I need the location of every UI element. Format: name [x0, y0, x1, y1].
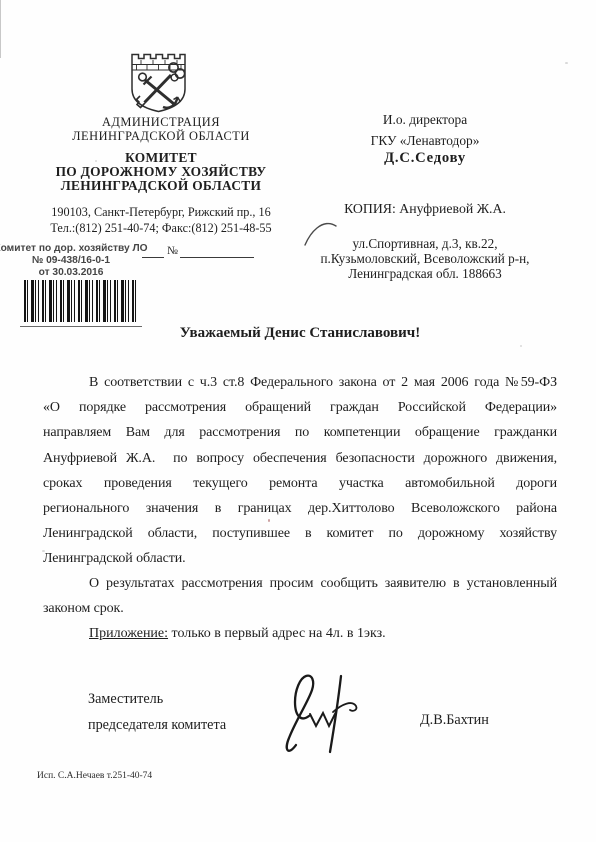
body-line: Ануфриевой Ж.А. по вопросу обеспечения б…: [43, 446, 557, 471]
copy-recipient: КОПИЯ: Ануфриевой Ж.А.: [297, 201, 553, 217]
scan-speck: [42, 550, 45, 552]
body-paragraph-2: О результатах рассмотрения просим сообщи…: [43, 571, 557, 621]
body-line: сроках проведения текущего ремонта участ…: [43, 471, 557, 496]
scan-speck: [520, 345, 522, 347]
coat-of-arms-icon: [130, 53, 187, 113]
org-name: АДМИНИСТРАЦИЯ ЛЕНИНГРАДСКОЙ ОБЛАСТИ: [28, 116, 294, 143]
body-line: В соответствии с ч.3 ст.8 Федерального з…: [43, 370, 557, 395]
recipient-name: Д.С.Седову: [297, 150, 553, 167]
stamp-date: от 30.03.2016: [0, 267, 150, 279]
org-phone-fax: Тел.:(812) 251-40-74; Факс:(812) 251-48-…: [28, 221, 294, 237]
ref-number-blank-line: [180, 257, 254, 258]
recipient-position: И.о. директора: [297, 109, 553, 130]
scan-speck: [565, 62, 568, 64]
committee-name: КОМИТЕТ ПО ДОРОЖНОМУ ХОЗЯЙСТВУ ЛЕНИНГРАД…: [28, 151, 294, 192]
body-line: законом срок.: [43, 596, 557, 621]
signature-icon: [270, 655, 390, 760]
copy-address-line2: п.Кузьмоловский, Всеволожский р-н,: [297, 251, 553, 266]
copy-address-line1: ул.Спортивная, д.3, кв.22,: [297, 236, 553, 251]
committee-line1: КОМИТЕТ: [28, 151, 294, 165]
stamp-org: Комитет по дор. хозяйству ЛО: [0, 243, 150, 255]
signer-position-line2: председателя комитета: [88, 712, 226, 738]
recipient-org: ГКУ «Ленавтодор»: [297, 130, 553, 151]
body-line: регионального значения в границах дер.Хи…: [43, 496, 557, 521]
attachment-label: Приложение:: [89, 626, 168, 641]
body-paragraph-1: В соответствии с ч.3 ст.8 Федерального з…: [43, 370, 557, 572]
salutation: Уважаемый Денис Станиславович!: [43, 325, 557, 342]
signer-position-line1: Заместитель: [88, 686, 226, 712]
barcode-icon: [24, 280, 137, 322]
scan-speck: [268, 519, 270, 522]
ref-dash-line: [142, 257, 164, 258]
org-contact-block: 190103, Санкт-Петербург, Рижский пр., 16…: [28, 205, 294, 236]
org-name-line1: АДМИНИСТРАЦИЯ: [28, 116, 294, 130]
executor-note: Исп. С.А.Нечаев т.251-40-74: [37, 771, 152, 781]
signer-name: Д.В.Бахтин: [420, 712, 489, 729]
org-name-line2: ЛЕНИНГРАДСКОЙ ОБЛАСТИ: [28, 130, 294, 144]
signer-position: Заместитель председателя комитета: [88, 686, 226, 738]
org-address: 190103, Санкт-Петербург, Рижский пр., 16: [28, 205, 294, 221]
committee-line3: ЛЕНИНГРАДСКОЙ ОБЛАСТИ: [28, 179, 294, 193]
body-line: Ленинградской области, поступившее в ком…: [43, 521, 557, 546]
scanned-letter-page: АДМИНИСТРАЦИЯ ЛЕНИНГРАДСКОЙ ОБЛАСТИ КОМИ…: [0, 0, 596, 842]
body-line: «О порядке рассмотрения обращений гражда…: [43, 395, 557, 420]
attachment-text: только в первый адрес на 4л. в 1экз.: [168, 626, 386, 641]
scan-edge-artifact: [0, 0, 1, 58]
body-line: направляем Вам для рассмотрения по компе…: [43, 420, 557, 445]
stamp-number: № 09-438/16-0-1: [0, 255, 150, 267]
body-line: Ленинградской области.: [43, 546, 557, 571]
copy-recipient-address: ул.Спортивная, д.3, кв.22, п.Кузьмоловск…: [297, 236, 553, 281]
scan-speck: [95, 160, 97, 162]
committee-line2: ПО ДОРОЖНОМУ ХОЗЯЙСТВУ: [28, 165, 294, 179]
recipient-block: И.о. директора ГКУ «Ленавтодор»: [297, 109, 553, 151]
registration-stamp: Комитет по дор. хозяйству ЛО № 09-438/16…: [0, 243, 150, 279]
ref-number-sign: №: [167, 245, 178, 257]
copy-address-line3: Ленинградская обл. 188663: [297, 266, 553, 281]
body-line: О результатах рассмотрения просим сообщи…: [43, 571, 557, 596]
attachment-line: Приложение: только в первый адрес на 4л.…: [43, 621, 557, 646]
